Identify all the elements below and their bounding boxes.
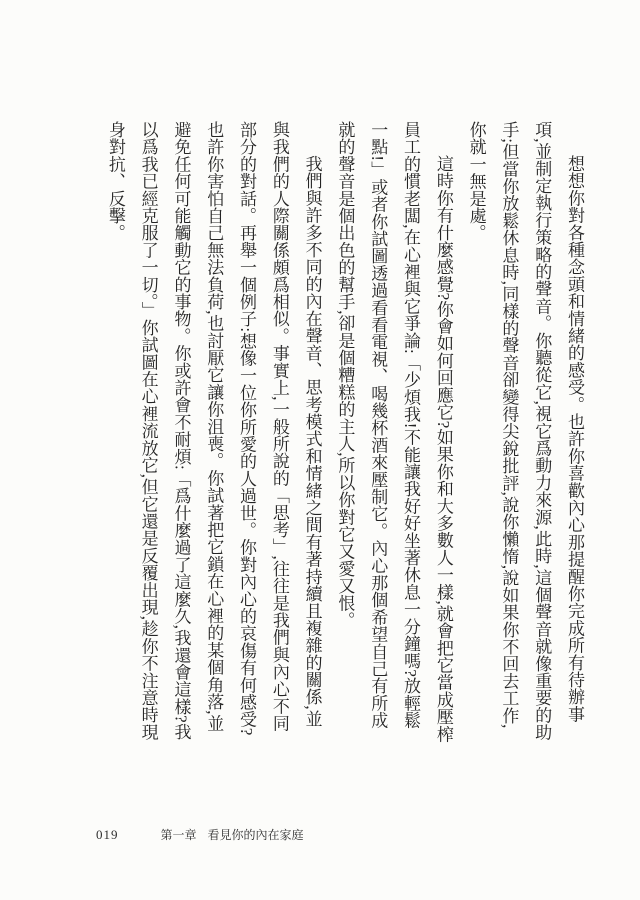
body-text: 想想你對各種念頭和情緒的感受。也許你喜歡內心那提醒你完成所有待辦事項,並制定執行… bbox=[98, 121, 590, 743]
chapter-title: 看見你的內在家庭 bbox=[208, 826, 304, 843]
footer: 019 第一章 看見你的內在家庭 bbox=[96, 826, 304, 843]
running-head: 第一章 看見你的內在家庭 bbox=[161, 826, 304, 843]
paragraph: 這時你有什麼感覺?你會如何回應它?如果你和大多數人一樣,就會把它當成壓榨員工的慣… bbox=[328, 121, 459, 743]
paragraph: 想想你對各種念頭和情緒的感受。也許你喜歡內心那提醒你完成所有待辦事項,並制定執行… bbox=[459, 121, 590, 743]
paragraph: 我們與許多不同的內在聲音、思考模式和情緒之間有著持續且複雜的關係,並與我們的人際… bbox=[98, 121, 328, 743]
chapter-label: 第一章 bbox=[161, 826, 197, 843]
page-number: 019 bbox=[96, 827, 119, 843]
book-page: 想想你對各種念頭和情緒的感受。也許你喜歡內心那提醒你完成所有待辦事項,並制定執行… bbox=[0, 0, 640, 900]
